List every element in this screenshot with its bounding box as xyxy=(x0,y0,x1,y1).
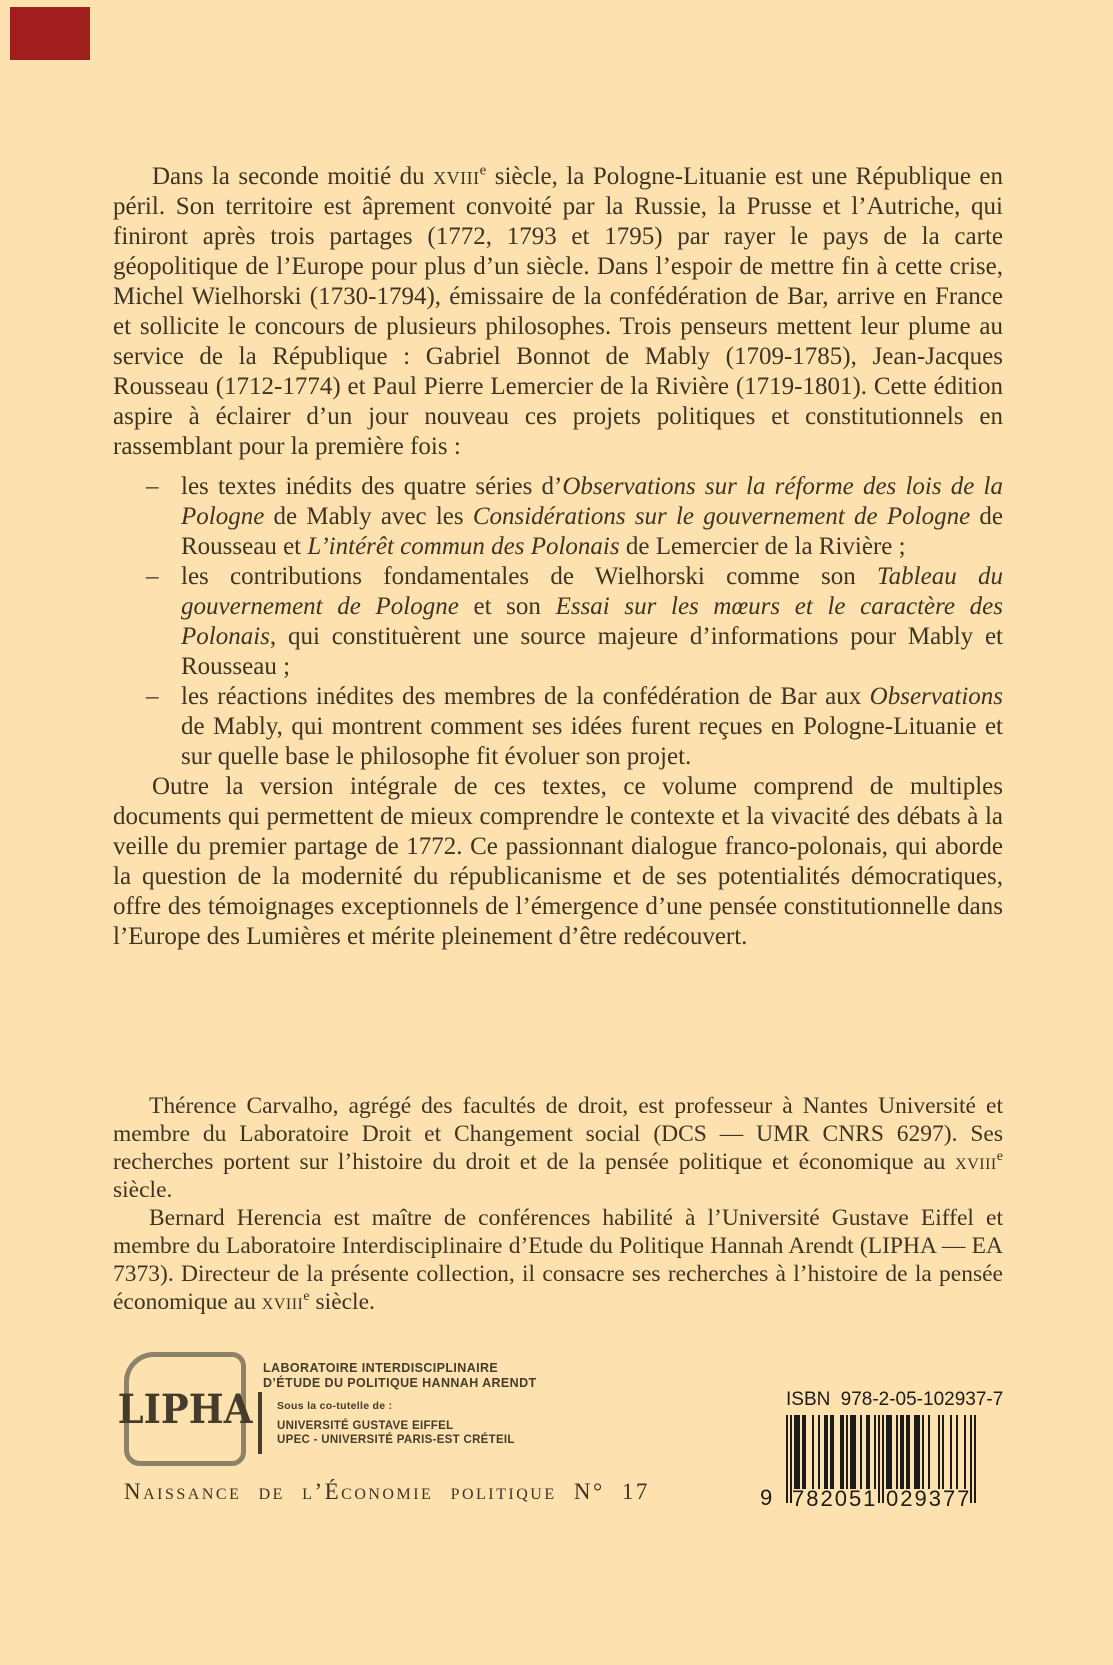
ean-barcode: 9 782051 029377 xyxy=(786,1415,976,1515)
list-item: – les contributions fondamentales de Wie… xyxy=(113,562,1003,682)
barcode-bar xyxy=(922,1415,924,1489)
book-back-cover: Dans la seconde moitié du xviiie siècle,… xyxy=(0,0,1113,1665)
intro-paragraph: Dans la seconde moitié du xviiie siècle,… xyxy=(113,162,1003,462)
barcode-bar xyxy=(914,1415,920,1489)
list-item: – les textes inédits des quatre séries d… xyxy=(113,472,1003,562)
barcode-bar xyxy=(882,1415,884,1503)
lipha-logo: LIPHA xyxy=(124,1352,246,1466)
blurb-text: Dans la seconde moitié du xviiie siècle,… xyxy=(113,162,1003,952)
lipha-logo-text: LIPHA xyxy=(118,1385,253,1433)
barcode-bar xyxy=(886,1415,892,1489)
lab-name-line2: D’ÉTUDE DU POLITIQUE HANNAH ARENDT xyxy=(263,1376,537,1391)
barcode-bar xyxy=(942,1415,944,1489)
barcode-bar xyxy=(938,1415,940,1489)
author-bios: Thérence Carvalho, agrégé des facultés d… xyxy=(113,1092,1003,1316)
barcode-digit-9: 9 xyxy=(760,1485,772,1511)
barcode-bar xyxy=(824,1415,828,1489)
barcode-bar xyxy=(866,1415,870,1489)
series-title: Naissance de l’Économie politique N° 17 xyxy=(124,1479,650,1505)
barcode-bar xyxy=(786,1415,788,1503)
barcode-bar xyxy=(850,1415,856,1489)
barcode-bar xyxy=(818,1415,820,1489)
list-item: – les réactions inédites des membres de … xyxy=(113,682,1003,772)
barcode-bar xyxy=(874,1415,876,1489)
cotutelle-block: Sous la co-tutelle de : UNIVERSITÉ GUSTA… xyxy=(258,1392,515,1454)
barcode-bar xyxy=(896,1415,898,1489)
barcode-digits-right: 029377 xyxy=(886,1486,970,1512)
barcode-bar xyxy=(802,1415,806,1489)
barcode-bar xyxy=(878,1415,880,1503)
outro-paragraph: Outre la version intégrale de ces textes… xyxy=(113,772,1003,952)
lab-name-line1: LABORATOIRE INTERDISCIPLINAIRE xyxy=(263,1361,537,1376)
barcode-bar xyxy=(956,1415,958,1489)
barcode-bar xyxy=(830,1415,834,1489)
barcode-bar xyxy=(794,1415,800,1489)
lipha-lab-name: LABORATOIRE INTERDISCIPLINAIRE D’ÉTUDE D… xyxy=(263,1361,537,1391)
barcode-bar xyxy=(790,1415,792,1503)
bio-carvalho: Thérence Carvalho, agrégé des facultés d… xyxy=(113,1092,1003,1204)
barcode-bar xyxy=(846,1415,848,1489)
barcode-bar xyxy=(906,1415,910,1489)
barcode-bar xyxy=(964,1415,966,1489)
bullet-dash: – xyxy=(146,472,159,502)
barcode-digits-left: 782051 xyxy=(792,1486,876,1512)
barcode-bar xyxy=(860,1415,862,1489)
barcode-bar xyxy=(840,1415,844,1489)
red-marker xyxy=(10,7,90,60)
bullet-dash: – xyxy=(146,682,159,712)
editorial-list: – les textes inédits des quatre séries d… xyxy=(113,472,1003,772)
barcode-bar xyxy=(974,1415,976,1503)
bio-herencia: Bernard Herencia est maître de conférenc… xyxy=(113,1204,1003,1316)
list-item-text: les réactions inédites des membres de la… xyxy=(181,683,1003,770)
isbn-label: ISBN 978-2-05-102937-7 xyxy=(786,1389,978,1411)
barcode-bar xyxy=(928,1415,930,1489)
barcode-bar xyxy=(812,1415,814,1489)
bullet-dash: – xyxy=(146,562,159,592)
barcode-bar xyxy=(970,1415,972,1503)
cotutelle-university-1: UNIVERSITÉ GUSTAVE EIFFEL xyxy=(277,1419,515,1433)
list-item-text: les textes inédits des quatre séries d’O… xyxy=(181,473,1003,560)
barcode-bar xyxy=(950,1415,952,1489)
list-item-text: les contributions fondamentales de Wielh… xyxy=(181,563,1003,680)
barcode-bar xyxy=(900,1415,904,1489)
cotutelle-university-2: UPEC - UNIVERSITÉ PARIS-EST CRÉTEIL xyxy=(277,1433,515,1447)
cotutelle-label: Sous la co-tutelle de : xyxy=(277,1400,515,1412)
